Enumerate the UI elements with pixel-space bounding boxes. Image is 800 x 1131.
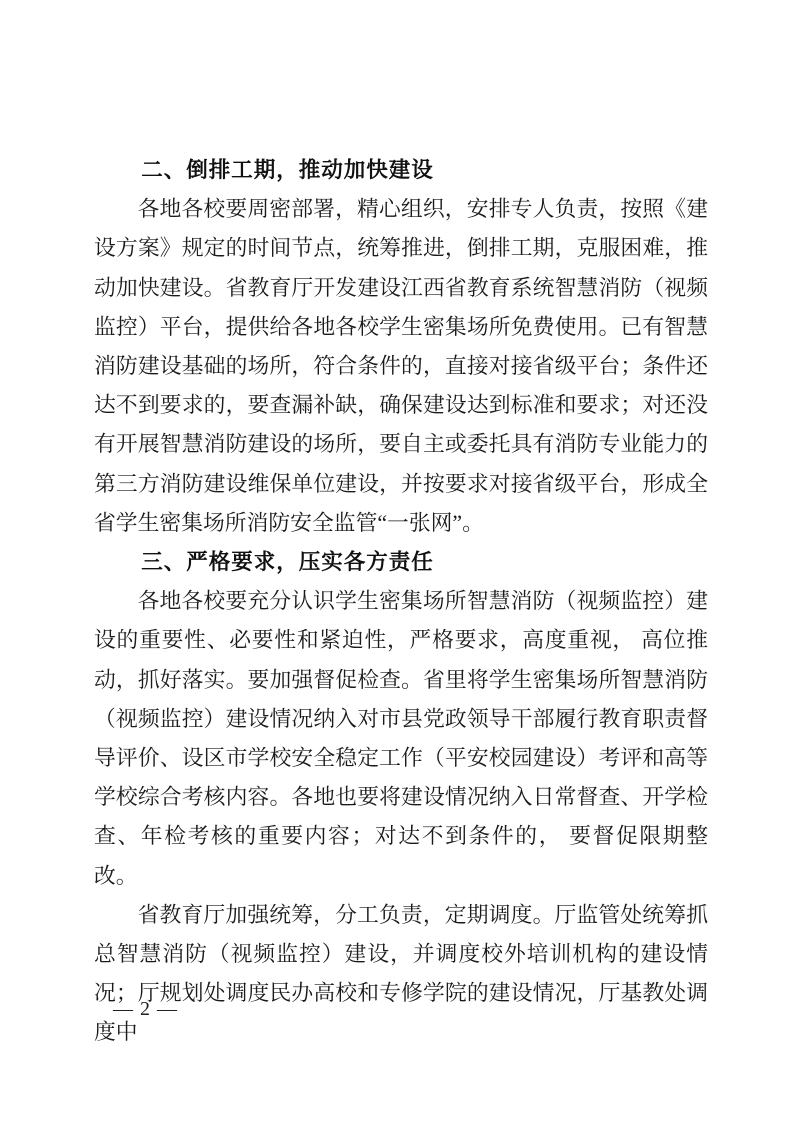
paragraph-section2-1: 各地各校要周密部署，精心组织，安排专人负责，按照《建设方案》规定的时间节点，统筹… <box>94 190 708 543</box>
section-heading-2: 二、倒排工期，推动加快建设 <box>94 151 708 190</box>
document-content: 二、倒排工期，推动加快建设 各地各校要周密部署，精心组织，安排专人负责，按照《建… <box>94 151 708 1053</box>
document-page: 二、倒排工期，推动加快建设 各地各校要周密部署，精心组织，安排专人负责，按照《建… <box>0 0 800 1131</box>
section-heading-3: 三、严格要求，压实各方责任 <box>94 543 708 582</box>
paragraph-section3-1: 各地各校要充分认识学生密集场所智慧消防（视频监控）建设的重要性、必要性和紧迫性，… <box>94 582 708 896</box>
paragraph-section3-2: 省教育厅加强统筹，分工负责，定期调度。厅监管处统筹抓总智慧消防（视频监控）建设，… <box>94 896 708 1053</box>
page-number: — 2 — <box>113 998 178 1020</box>
